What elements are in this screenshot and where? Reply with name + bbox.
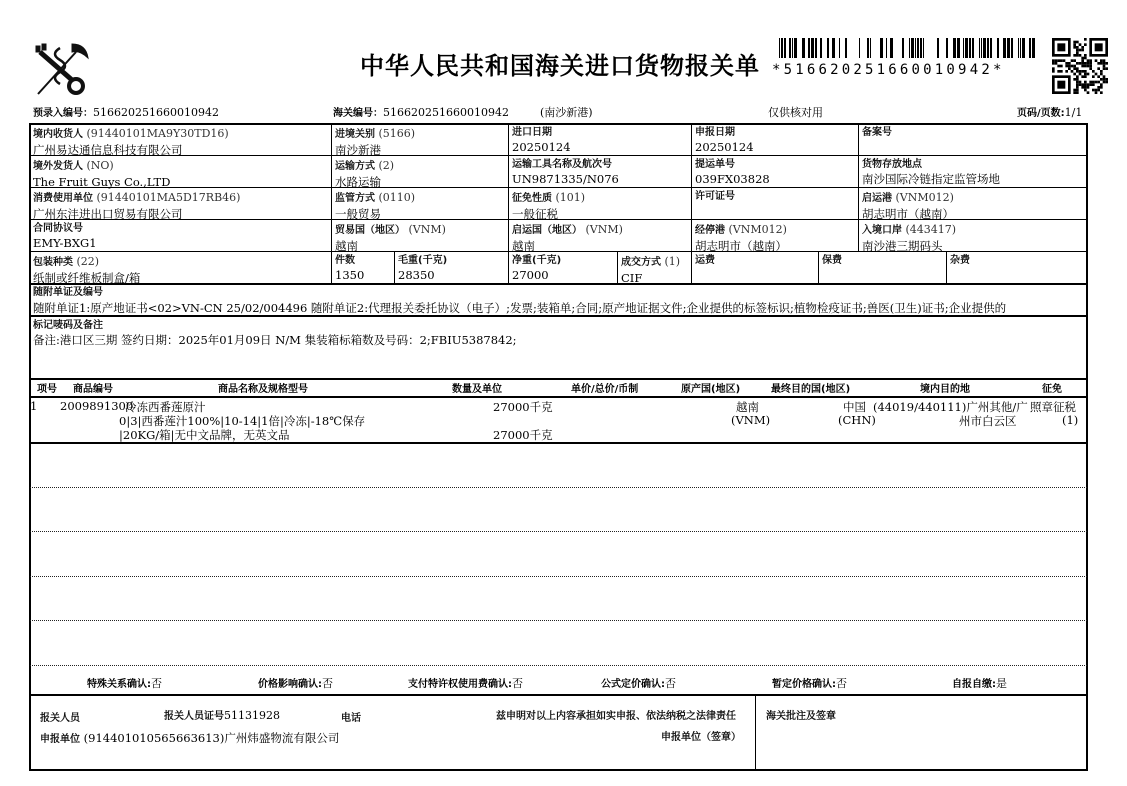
field-trade-country: 贸易国（地区） (VNM) 越南 [335,220,505,254]
pre-entry-number: 预录入编号：516620251660010942 [33,104,219,119]
page-indicator: 页码/页数:1/1 [1017,104,1082,119]
barcode-text: *516620251660010942* [772,62,1005,78]
confirm-self-declare: 自报自缴:是 [952,675,1007,691]
field-entry-port: 入境口岸 (443417) 南沙港三期码头 [862,220,1082,254]
qr-code-icon [1052,38,1108,94]
col-name-spec: 商品名称及规格型号 [218,380,308,395]
confirm-royalty: 支付特许权使用费确认:否 [408,675,523,691]
col-domestic-dest: 境内目的地 [920,380,970,395]
legal-statement: 兹申明对以上内容承担如实申报、依法纳税之法律责任 [496,707,736,722]
col-origin: 原产国(地区) [681,380,740,395]
field-vessel: 运输工具名称及航次号 UN9871335/N076 [512,156,688,187]
col-hs-code: 商品编号 [73,380,113,395]
confirm-price-influence: 价格影响确认:否 [258,675,333,691]
col-levy: 征免 [1042,380,1062,395]
col-item-no: 项号 [37,380,57,395]
field-origin-country: 启运国（地区） (VNM) 越南 [512,220,688,254]
confirm-provisional-price: 暂定价格确认:否 [772,675,847,691]
confirm-special-relation: 特殊关系确认:否 [87,675,162,691]
field-deal-mode: 成交方式 (1) CIF [621,252,689,286]
field-contract: 合同协议号 EMY-BXG1 [33,220,328,251]
field-attachments: 随附单证及编号 随附单证1:原产地证书<02>VN-CN 25/02/00449… [33,284,1083,316]
field-levy: 征免性质 (101) 一般征税 [512,188,688,222]
field-entry-customs: 进境关别 (5166) 南沙新港 [335,124,505,158]
declaring-unit: 申报单位 (91440101056566361​3)广州炜盛物流有限公司 [40,730,339,746]
field-consignee: 境内收货人 (91440101MA9Y30TD16) 广州易达通信息科技有限公司 [33,124,328,158]
field-insurance: 保费 [822,252,942,267]
barcode [771,38,1035,58]
declarant-label: 报关人员 [40,709,80,724]
field-stop-port: 经停港 (VNM012) 胡志明市（越南） [695,220,855,254]
col-dest-country: 最终目的国(地区) [771,380,850,395]
field-gross-weight: 毛重(千克) 28350 [398,252,505,283]
phone-label: 电话 [341,709,361,724]
customs-number: 海关编号：516620251660010942 [333,104,509,119]
field-supervision: 监管方式 (0110) 一般贸易 [335,188,505,222]
declarant-id: 报关人员证号51131928 [164,707,280,722]
field-bill-no: 提运单号 039FX03828 [695,156,855,187]
field-import-date: 进口日期 20250124 [512,124,688,155]
field-pieces: 件数 1350 [335,252,391,283]
field-license: 许可证号 [695,188,855,203]
col-quantity: 数量及单位 [452,380,502,395]
declaration-port: (南沙新港) [540,104,593,120]
confirm-formula-pricing: 公式定价确认:否 [601,675,676,691]
for-verification-note: 仅供核对用 [768,104,823,120]
field-record-no: 备案号 [862,124,1082,139]
field-freight: 运费 [695,252,815,267]
field-net-weight: 净重(千克) 27000 [512,252,614,283]
field-misc-fee: 杂费 [950,252,1080,267]
customs-approval: 海关批注及签章 [766,707,836,722]
field-consumer: 消费使用单位 (91440101MA5D17RB46) 广州东沣进出口贸易有限公… [33,188,328,222]
declaring-unit-seal: 申报单位（签章） [661,728,741,743]
field-consignor: 境外发货人 (NO) The Fruit Guys Co.,LTD [33,156,328,190]
document-title: 中华人民共和国海关进口货物报关单 [360,46,760,81]
field-storage: 货物存放地点 南沙国际冷链指定监管场地 [862,156,1082,187]
col-price: 单价/总价/币制 [571,380,638,395]
field-transport-mode: 运输方式 (2) 水路运输 [335,156,505,190]
field-remarks: 标记唛码及备注 备注:港口区三期 签约日期：2025年01月09日 N/M 集装… [33,317,1083,348]
field-declare-date: 申报日期 20250124 [695,124,855,155]
field-package: 包装种类 (22) 纸制或纤维板制盒/箱 [33,252,328,286]
field-departure-port: 启运港 (VNM012) 胡志明市（越南） [862,188,1082,222]
customs-emblem-icon [32,40,94,98]
